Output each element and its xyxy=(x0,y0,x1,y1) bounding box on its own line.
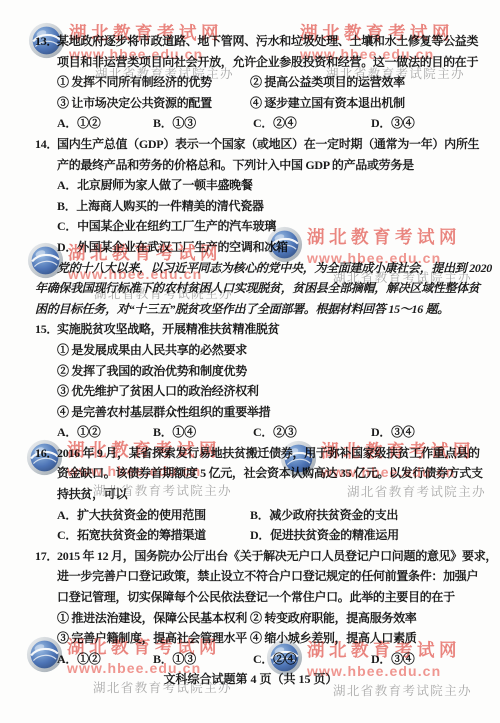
exam-page: 13． 某地政府逐步将市政道路、地下管网、污水和垃圾处理、土壤和水土修复等公益类… xyxy=(35,31,490,690)
q13-option-2: ② 提高公益类项目的运营效率 xyxy=(250,72,490,93)
q14-number: 14． xyxy=(35,134,57,155)
q13-option-3: ③ 让市场决定公共资源的配置 xyxy=(57,93,250,114)
q14-choice-d: D．外国某企业在武汉工厂生产的空调和冰箱 xyxy=(57,237,490,258)
q17-option-2: ② 转变政府职能，提高服务效率 xyxy=(250,608,490,629)
q13-stem-text1: 某地政府逐步将市政道路、地下管网、污水和垃圾处理、土壤和水土修复等公益类 xyxy=(57,31,478,52)
q16-stem-line1: 16． 2016 年 9 月，某省探索发行易地扶贫搬迁债券，用于弥补国家级扶贫工… xyxy=(35,443,490,464)
q17-stem-line1: 17． 2015 年 12 月，国务院办公厅出台《关于解决无户口人员登记户口问题… xyxy=(35,546,490,567)
q13-option-1: ① 发挥不同所有制经济的优势 xyxy=(57,72,250,93)
q15-choice-d: D．③④ xyxy=(371,422,490,443)
q15-option-2: ② 发挥了我国的政治优势和制度优势 xyxy=(57,361,490,382)
q16-stem-line2: 资金缺口。该债券首期额度 5 亿元，社会资本认购高达 35 亿元。以发行债券方式… xyxy=(57,463,490,484)
q17-option-4: ④ 缩小城乡差别，提高人口素质 xyxy=(250,628,490,649)
q17-options-row1: ① 推进法治建设，保障公民基本权利 ② 转变政府职能，提高服务效率 xyxy=(57,608,490,629)
q13-stem-line2: 项目和非运营类项目向社会开放，允许企业参股投资和经营。这一做法的目的在于 xyxy=(57,52,490,73)
q13-stem-line1: 13． 某地政府逐步将市政道路、地下管网、污水和垃圾处理、土壤和水土修复等公益类 xyxy=(35,31,490,52)
q16-choice-d: D．促进扶贫资金的精准运用 xyxy=(250,525,490,546)
q14-stem-text1: 国内生产总值（GDP）表示一个国家（或地区）在一定时期（通常为一年）内所生 xyxy=(57,134,479,155)
q15-choice-b: B．①④ xyxy=(153,422,253,443)
q13-options-row1: ① 发挥不同所有制经济的优势 ② 提高公益类项目的运营效率 xyxy=(57,72,490,93)
intro-line2: 年确保我国现行标准下的农村贫困人口实现脱贫，贫困县全部摘帽，解决区域性整体贫 xyxy=(35,278,490,299)
q13-choice-c: C．②④ xyxy=(253,113,371,134)
q14-choice-b: B．上海商人购买的一件精美的清代瓷器 xyxy=(57,196,490,217)
q15-option-1: ① 是发展成果由人民共享的必然要求 xyxy=(57,340,490,361)
page-footer: 文科综合试题第 4 页（共 15 页） xyxy=(23,669,478,690)
q14-stem-line1: 14． 国内生产总值（GDP）表示一个国家（或地区）在一定时期（通常为一年）内所… xyxy=(35,134,490,155)
q16-stem-line3: 持扶贫，可以 xyxy=(57,484,490,505)
q13-choices: A．①② B．①③ C．②④ D．③④ xyxy=(57,113,490,134)
q17-choice-b: B．①③ xyxy=(153,649,253,670)
q16-choice-c: C．拓宽扶贫资金的筹措渠道 xyxy=(57,525,250,546)
q16-choices-row2: C．拓宽扶贫资金的筹措渠道 D．促进扶贫资金的精准运用 xyxy=(57,525,490,546)
q17-choice-a: A．①② xyxy=(57,649,153,670)
q17-choice-c: C．②④ xyxy=(253,649,371,670)
q13-choice-d: D．③④ xyxy=(371,113,490,134)
q13-choice-a: A．①② xyxy=(57,113,153,134)
q13-options-row2: ③ 让市场决定公共资源的配置 ④ 逐步建立国有资本退出机制 xyxy=(57,93,490,114)
q16-choice-b: B．减少政府扶贫资金的支出 xyxy=(250,505,490,526)
q14-stem-line2: 产的最终产品和劳务的价格总和。下列计入中国 GDP 的产品或劳务是 xyxy=(57,155,490,176)
q15-stem-text1: 实施脱贫攻坚战略，开展精准扶贫精准脱贫 xyxy=(57,319,279,340)
q16-choices-row1: A．扩大扶贫资金的使用范围 B．减少政府扶贫资金的支出 xyxy=(57,505,490,526)
q15-choice-a: A．①② xyxy=(57,422,153,443)
q16-stem-text1: 2016 年 9 月，某省探索发行易地扶贫搬迁债券，用于弥补国家级扶贫工作重点县… xyxy=(57,443,480,464)
q17-number: 17． xyxy=(35,546,57,567)
q17-choices: A．①② B．①③ C．②④ D．③④ xyxy=(57,649,490,670)
q15-option-4: ④ 是完善农村基层群众性组织的重要举措 xyxy=(57,402,490,423)
q15-option-3: ③ 优先维护了贫困人口的政治经济权利 xyxy=(57,381,490,402)
q17-option-1: ① 推进法治建设，保障公民基本权利 xyxy=(57,608,250,629)
q15-choices: A．①② B．①④ C．②③ D．③④ xyxy=(57,422,490,443)
q17-stem-text1: 2015 年 12 月，国务院办公厅出台《关于解决无户口人员登记户口问题的意见》… xyxy=(57,546,497,567)
q13-choice-b: B．①③ xyxy=(153,113,253,134)
q15-number: 15． xyxy=(35,319,57,340)
intro-line3: 困的目标任务，对“十三五”脱贫攻坚作出了全面部署。根据材料回答 15～16 题。 xyxy=(35,299,490,320)
q17-options-row2: ③ 完善户籍制度，提高社会管理水平 ④ 缩小城乡差别，提高人口素质 xyxy=(57,628,490,649)
intro-line1: 党的十八大以来，以习近平同志为核心的党中央，为全面建成小康社会，提出到 2020 xyxy=(35,258,490,279)
q17-stem-line3: 口登记管理，切实保障每个公民依法登记一个常住户口。此举的主要目的在于 xyxy=(57,587,490,608)
q13-number: 13． xyxy=(35,31,57,52)
q17-stem-line2: 进一步完善户口登记政策，禁止设立不符合户口登记规定的任何前置条件：加强户 xyxy=(57,566,490,587)
q13-option-4: ④ 逐步建立国有资本退出机制 xyxy=(250,93,490,114)
q15-choice-c: C．②③ xyxy=(253,422,371,443)
q17-option-3: ③ 完善户籍制度，提高社会管理水平 xyxy=(57,628,250,649)
q15-stem-line1: 15． 实施脱贫攻坚战略，开展精准扶贫精准脱贫 xyxy=(35,319,490,340)
q14-choice-a: A．北京厨师为家人做了一顿丰盛晚餐 xyxy=(57,175,490,196)
q16-number: 16． xyxy=(35,443,57,464)
q14-choice-c: C．中国某企业在纽约工厂生产的汽车玻璃 xyxy=(57,216,490,237)
q17-choice-d: D．③④ xyxy=(371,649,490,670)
q16-choice-a: A．扩大扶贫资金的使用范围 xyxy=(57,505,250,526)
